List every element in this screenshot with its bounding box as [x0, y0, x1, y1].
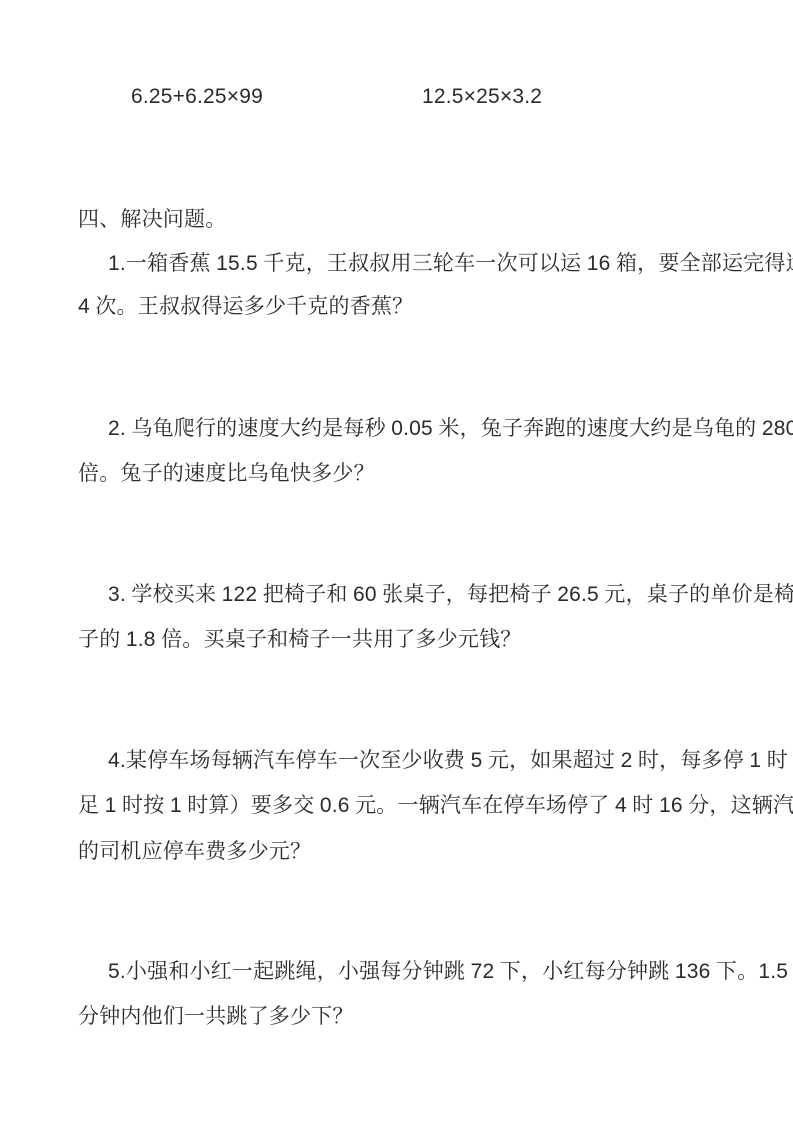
question-3-line-1: 3. 学校买来 122 把椅子和 60 张桌子，每把椅子 26.5 元，桌子的单… — [108, 582, 793, 607]
question-2-line-1: 2. 乌龟爬行的速度大约是每秒 0.05 米，兔子奔跑的速度大约是乌龟的 280 — [108, 416, 793, 441]
question-3-line-2: 子的 1.8 倍。买桌子和椅子一共用了多少元钱？ — [78, 627, 522, 652]
question-4-line-3: 的司机应停车费多少元？ — [78, 839, 311, 863]
question-5-line-2: 分钟内他们一共跳了多少下？ — [78, 1004, 354, 1028]
question-5-line-1: 5.小强和小红一起跳绳，小强每分钟跳 72 下，小红每分钟跳 136 下。1.5 — [108, 959, 788, 984]
calc-expression-right: 12.5×25×3.2 — [422, 84, 542, 109]
question-4-line-2: 足 1 时按 1 时算）要多交 0.6 元。一辆汽车在停车场停了 4 时 16 … — [78, 793, 793, 818]
document-page: 6.25+6.25×99 12.5×25×3.2 四、解决问题。 1.一箱香蕉 … — [0, 0, 793, 1122]
question-1-line-1: 1.一箱香蕉 15.5 千克，王叔叔用三轮车一次可以运 16 箱，要全部运完得运 — [108, 251, 793, 276]
question-1-line-2: 4 次。王叔叔得运多少千克的香蕉？ — [78, 294, 413, 319]
calc-expression-left: 6.25+6.25×99 — [131, 84, 263, 109]
section-header: 四、解决问题。 — [78, 207, 226, 231]
question-2-line-2: 倍。兔子的速度比乌龟快多少？ — [78, 461, 375, 485]
question-4-line-1: 4.某停车场每辆汽车停车一次至少收费 5 元，如果超过 2 时，每多停 1 时（… — [108, 748, 793, 773]
